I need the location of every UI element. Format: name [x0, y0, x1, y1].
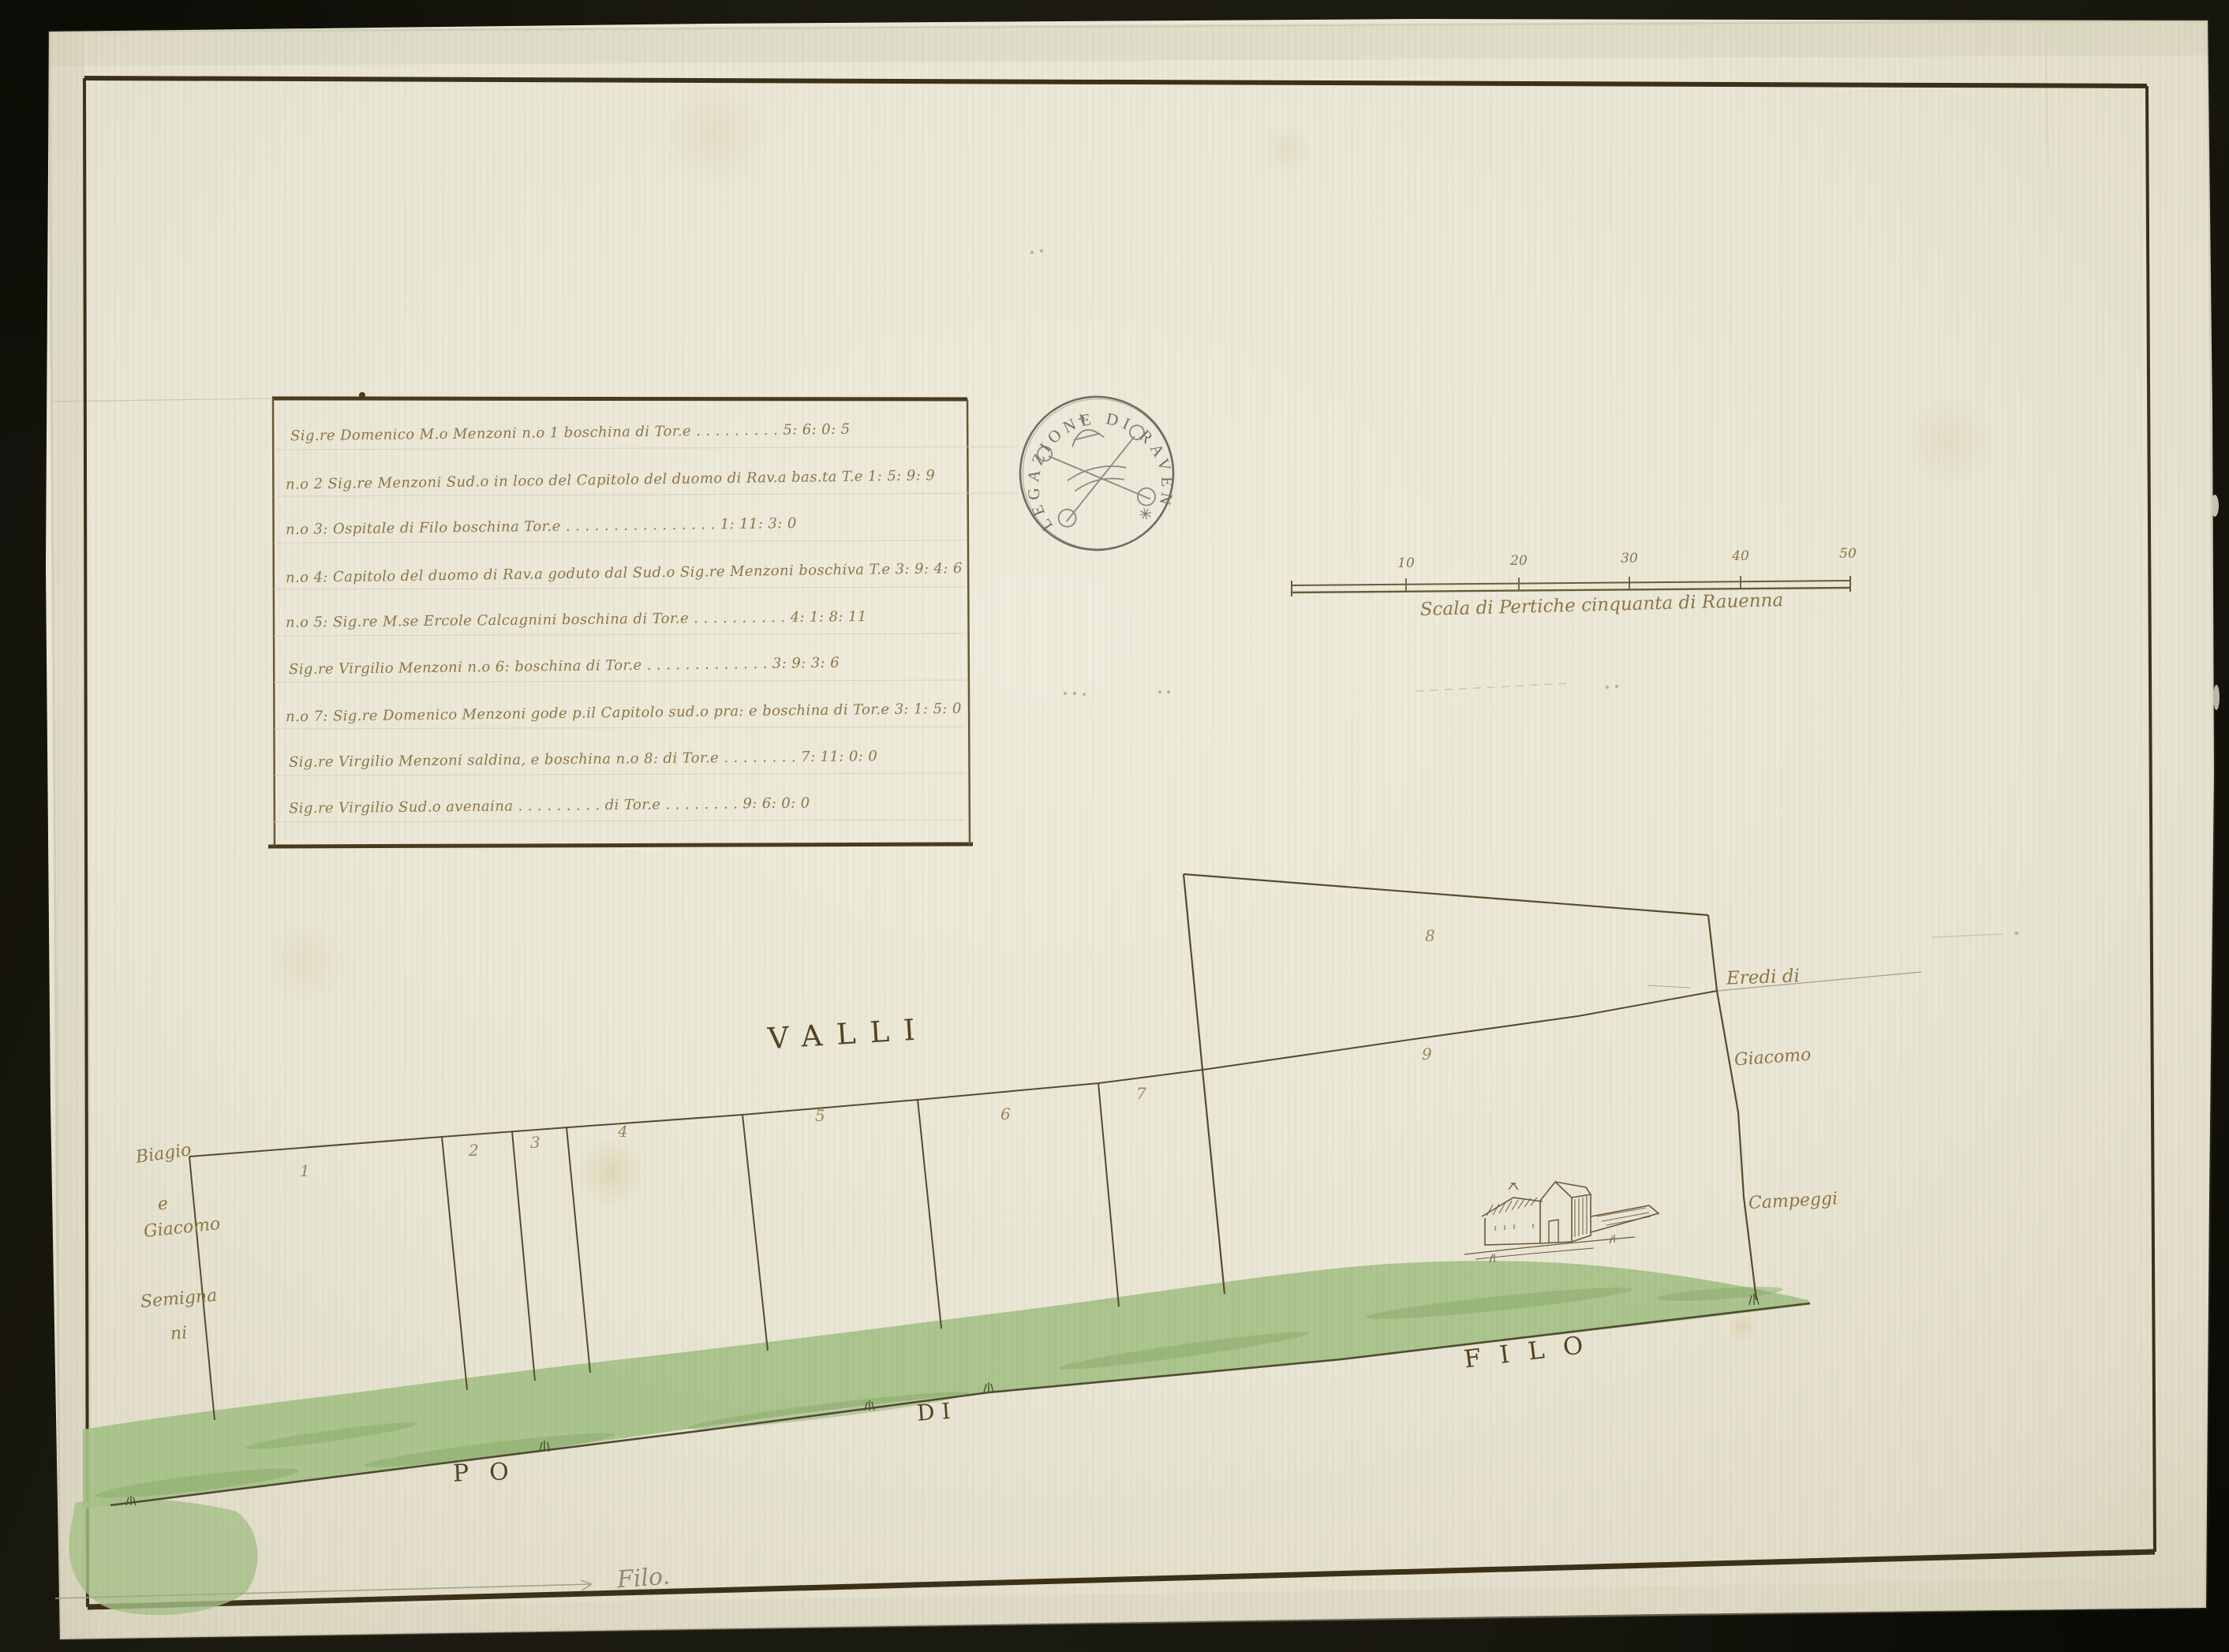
scale-tick-label: 50 — [1839, 548, 1857, 561]
scale-tick-label: 20 — [1510, 555, 1528, 568]
scale-tick-label: 40 — [1732, 550, 1749, 563]
pencil-note-filo: Filo. — [616, 1565, 671, 1593]
photographed-map-sheet: LEGAZIONE DI RAVENNA ✳ — [0, 0, 2229, 1652]
map-artwork: LEGAZIONE DI RAVENNA ✳ — [0, 0, 2229, 1652]
region-label-di: DI — [916, 1400, 958, 1425]
owner-label: e — [157, 1195, 169, 1213]
owner-label: Campeggi — [1748, 1190, 1838, 1213]
parcel-number: 9 — [1422, 1046, 1432, 1062]
scale-tick-label: 30 — [1621, 552, 1638, 566]
parcel-number: 3 — [530, 1134, 540, 1150]
parcel-number: 8 — [1425, 928, 1435, 944]
owner-label: ni — [170, 1325, 188, 1343]
parcel-number: 1 — [300, 1163, 310, 1179]
parcel-number: 2 — [469, 1142, 479, 1158]
region-label-po: PO — [453, 1460, 530, 1486]
scale-tick-label: 10 — [1397, 557, 1415, 570]
parcel-number: 5 — [815, 1108, 825, 1123]
parcel-number: 7 — [1136, 1086, 1146, 1101]
owner-label: Eredi di — [1726, 967, 1801, 988]
parcel-number: 6 — [1000, 1106, 1011, 1122]
parcel-number: 4 — [618, 1123, 628, 1139]
